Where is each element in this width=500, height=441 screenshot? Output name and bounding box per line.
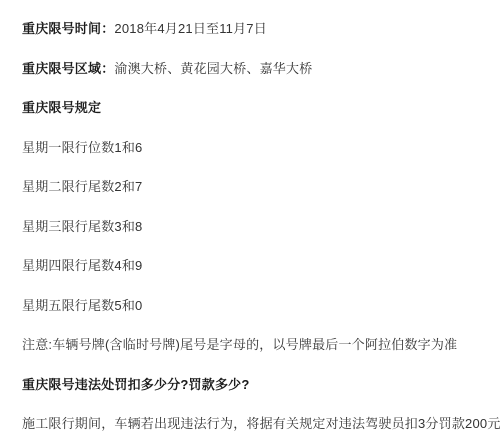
line-thursday-rule: 星期四限行尾数4和9 bbox=[22, 258, 495, 274]
restriction-area-label: 重庆限号区域： bbox=[22, 61, 114, 76]
line-tuesday-rule: 星期二限行尾数2和7 bbox=[22, 179, 495, 195]
restriction-time-value: 2018年4月21日至11月7日 bbox=[114, 21, 267, 36]
line-wednesday-rule: 星期三限行尾数3和8 bbox=[22, 219, 495, 235]
line-penalty-detail: 施工限行期间，车辆若出现违法行为，将据有关规定对违法驾驶员扣3分罚款200元处罚… bbox=[22, 416, 495, 432]
restriction-area-value: 渝澳大桥、黄花园大桥、嘉华大桥 bbox=[114, 61, 312, 76]
line-restriction-area: 重庆限号区域：渝澳大桥、黄花园大桥、嘉华大桥 bbox=[22, 61, 495, 77]
heading-restriction-rules: 重庆限号规定 bbox=[22, 100, 495, 116]
line-note: 注意:车辆号牌(含临时号牌)尾号是字母的，以号牌最后一个阿拉伯数字为准 bbox=[22, 337, 495, 353]
heading-penalty-question: 重庆限号违法处罚扣多少分?罚款多少? bbox=[22, 377, 495, 393]
line-friday-rule: 星期五限行尾数5和0 bbox=[22, 298, 495, 314]
article: 重庆限号时间：2018年4月21日至11月7日 重庆限号区域：渝澳大桥、黄花园大… bbox=[0, 0, 500, 432]
line-restriction-time: 重庆限号时间：2018年4月21日至11月7日 bbox=[22, 21, 495, 37]
restriction-time-label: 重庆限号时间： bbox=[22, 21, 114, 36]
line-monday-rule: 星期一限行位数1和6 bbox=[22, 140, 495, 156]
